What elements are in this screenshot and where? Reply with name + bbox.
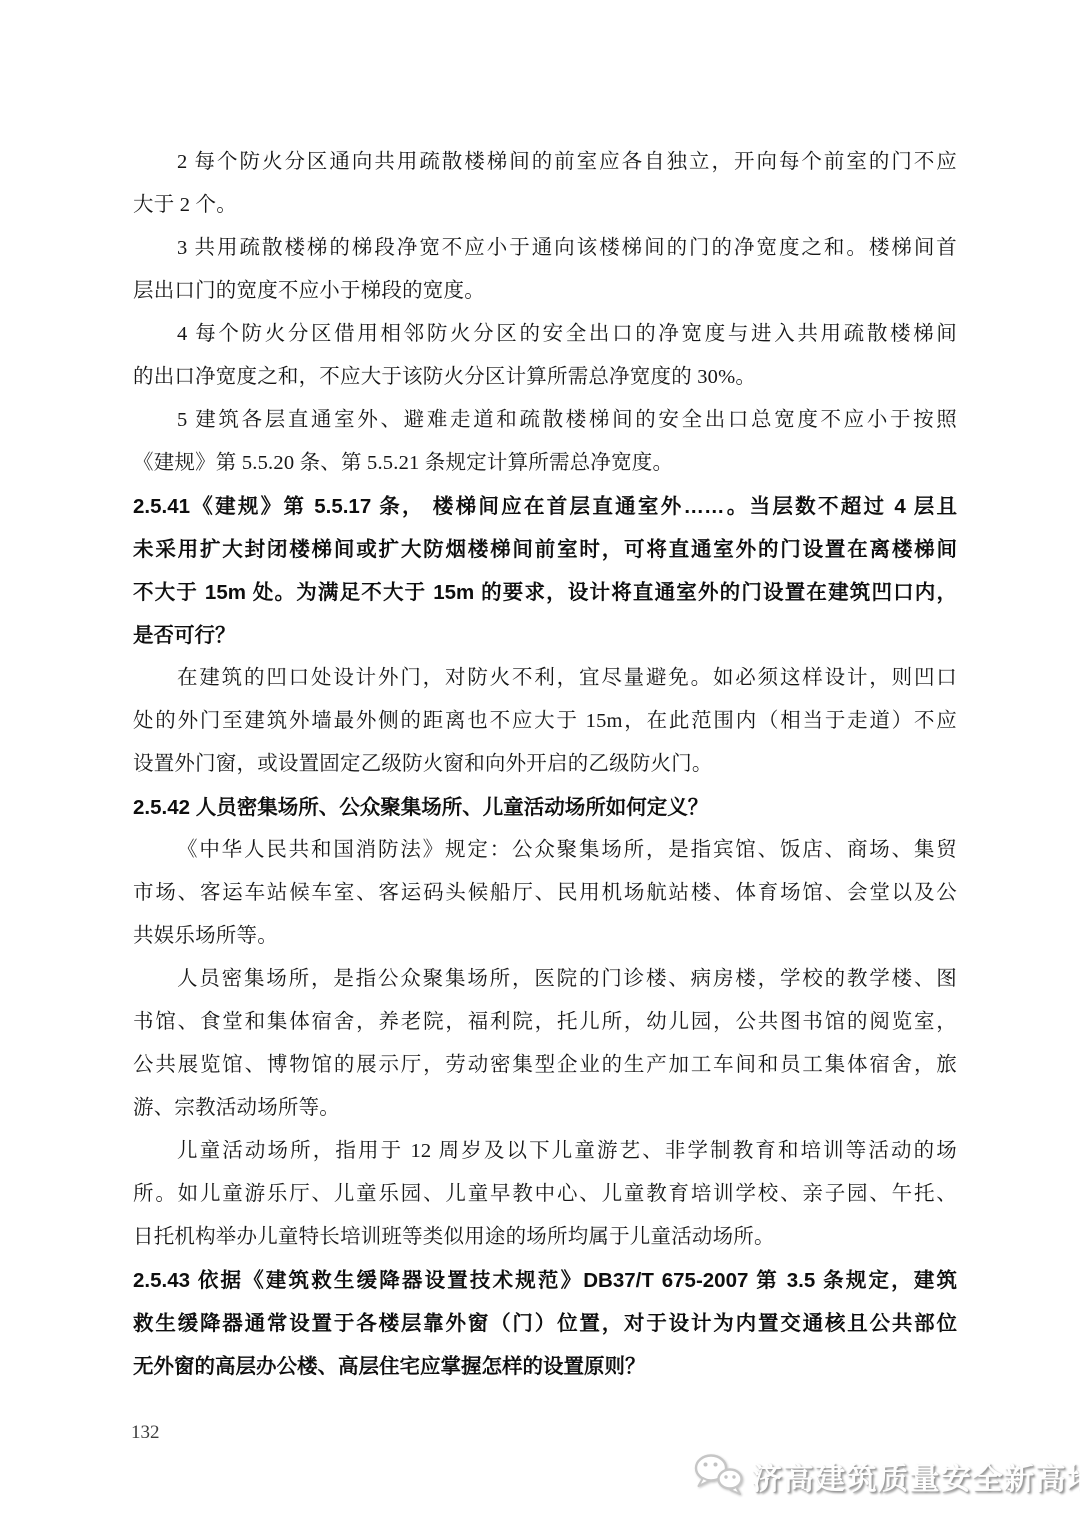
- text-line: 日托机构举办儿童特长培训班等类似用途的场所均属于儿童活动场所。: [133, 1216, 957, 1259]
- text-line: 所。如儿童游乐厅、儿童乐园、儿童早教中心、儿童教育培训学校、亲子园、午托、: [133, 1173, 957, 1216]
- text-line: 儿童活动场所，指用于 12 周岁及以下儿童游艺、非学制教育和培训等活动的场: [133, 1130, 957, 1173]
- watermark-text: 济高建筑质量安全新高地: [752, 1454, 1080, 1498]
- text-line: 市场、客运车站候车室、客运码头候船厅、民用机场航站楼、体育场馆、会堂以及公: [133, 872, 957, 915]
- heading-line: 未采用扩大封闭楼梯间或扩大防烟楼梯间前室时，可将直通室外的门设置在离楼梯间: [133, 528, 957, 571]
- wechat-icon: [693, 1452, 745, 1499]
- heading-line: 是否可行？: [133, 614, 957, 657]
- heading-line: 不大于 15m 处。为满足不大于 15m 的要求，设计将直通室外的门设置在建筑凹…: [133, 571, 957, 614]
- text-line: 的出口净宽度之和，不应大于该防火分区计算所需总净宽度的 30%。: [133, 356, 957, 399]
- heading-line: 2.5.41《建规》第 5.5.17 条， 楼梯间应在首层直通室外……。当层数不…: [133, 485, 957, 528]
- text-line: 5 建筑各层直通室外、避难走道和疏散楼梯间的安全出口总宽度不应小于按照: [133, 399, 957, 442]
- text-line: 人员密集场所，是指公众聚集场所，医院的门诊楼、病房楼，学校的教学楼、图: [133, 958, 957, 1001]
- text-line: 共娱乐场所等。: [133, 915, 957, 958]
- text-line: 大于 2 个。: [133, 184, 957, 227]
- document-page: 2 每个防火分区通向共用疏散楼梯间的前室应各自独立，开向每个前室的门不应大于 2…: [0, 0, 1080, 1527]
- text-line: 设置外门窗，或设置固定乙级防火窗和向外开启的乙级防火门。: [133, 743, 957, 786]
- page-number: 132: [131, 1419, 160, 1447]
- text-line: 4 每个防火分区借用相邻防火分区的安全出口的净宽度与进入共用疏散楼梯间: [133, 313, 957, 356]
- text-line: 2 每个防火分区通向共用疏散楼梯间的前室应各自独立，开向每个前室的门不应: [133, 141, 957, 184]
- text-line: 公共展览馆、博物馆的展示厅，劳动密集型企业的生产加工车间和员工集体宿舍，旅: [133, 1044, 957, 1087]
- heading-line: 2.5.43 依据《建筑救生缓降器设置技术规范》DB37/T 675-2007 …: [133, 1259, 957, 1302]
- text-line: 层出口门的宽度不应小于梯段的宽度。: [133, 270, 957, 313]
- heading-line: 无外窗的高层办公楼、高层住宅应掌握怎样的设置原则？: [133, 1345, 957, 1388]
- text-line: 《建规》第 5.5.20 条、第 5.5.21 条规定计算所需总净宽度。: [133, 442, 957, 485]
- text-line: 3 共用疏散楼梯的梯段净宽不应小于通向该楼梯间的门的净宽度之和。楼梯间首: [133, 227, 957, 270]
- text-line: 书馆、食堂和集体宿舍，养老院，福利院，托儿所，幼儿园，公共图书馆的阅览室，: [133, 1001, 957, 1044]
- watermark: 济高建筑质量安全新高地: [693, 1452, 1080, 1499]
- heading-line: 救生缓降器通常设置于各楼层靠外窗（门）位置，对于设计为内置交通核且公共部位: [133, 1302, 957, 1345]
- heading-line: 2.5.42 人员密集场所、公众聚集场所、儿童活动场所如何定义？: [133, 786, 957, 829]
- text-line: 《中华人民共和国消防法》规定：公众聚集场所，是指宾馆、饭店、商场、集贸: [133, 829, 957, 872]
- text-line: 在建筑的凹口处设计外门，对防火不利，宜尽量避免。如必须这样设计，则凹口: [133, 657, 957, 700]
- text-line: 游、宗教活动场所等。: [133, 1087, 957, 1130]
- document-content: 2 每个防火分区通向共用疏散楼梯间的前室应各自独立，开向每个前室的门不应大于 2…: [133, 141, 957, 1388]
- text-line: 处的外门至建筑外墙最外侧的距离也不应大于 15m，在此范围内（相当于走道）不应: [133, 700, 957, 743]
